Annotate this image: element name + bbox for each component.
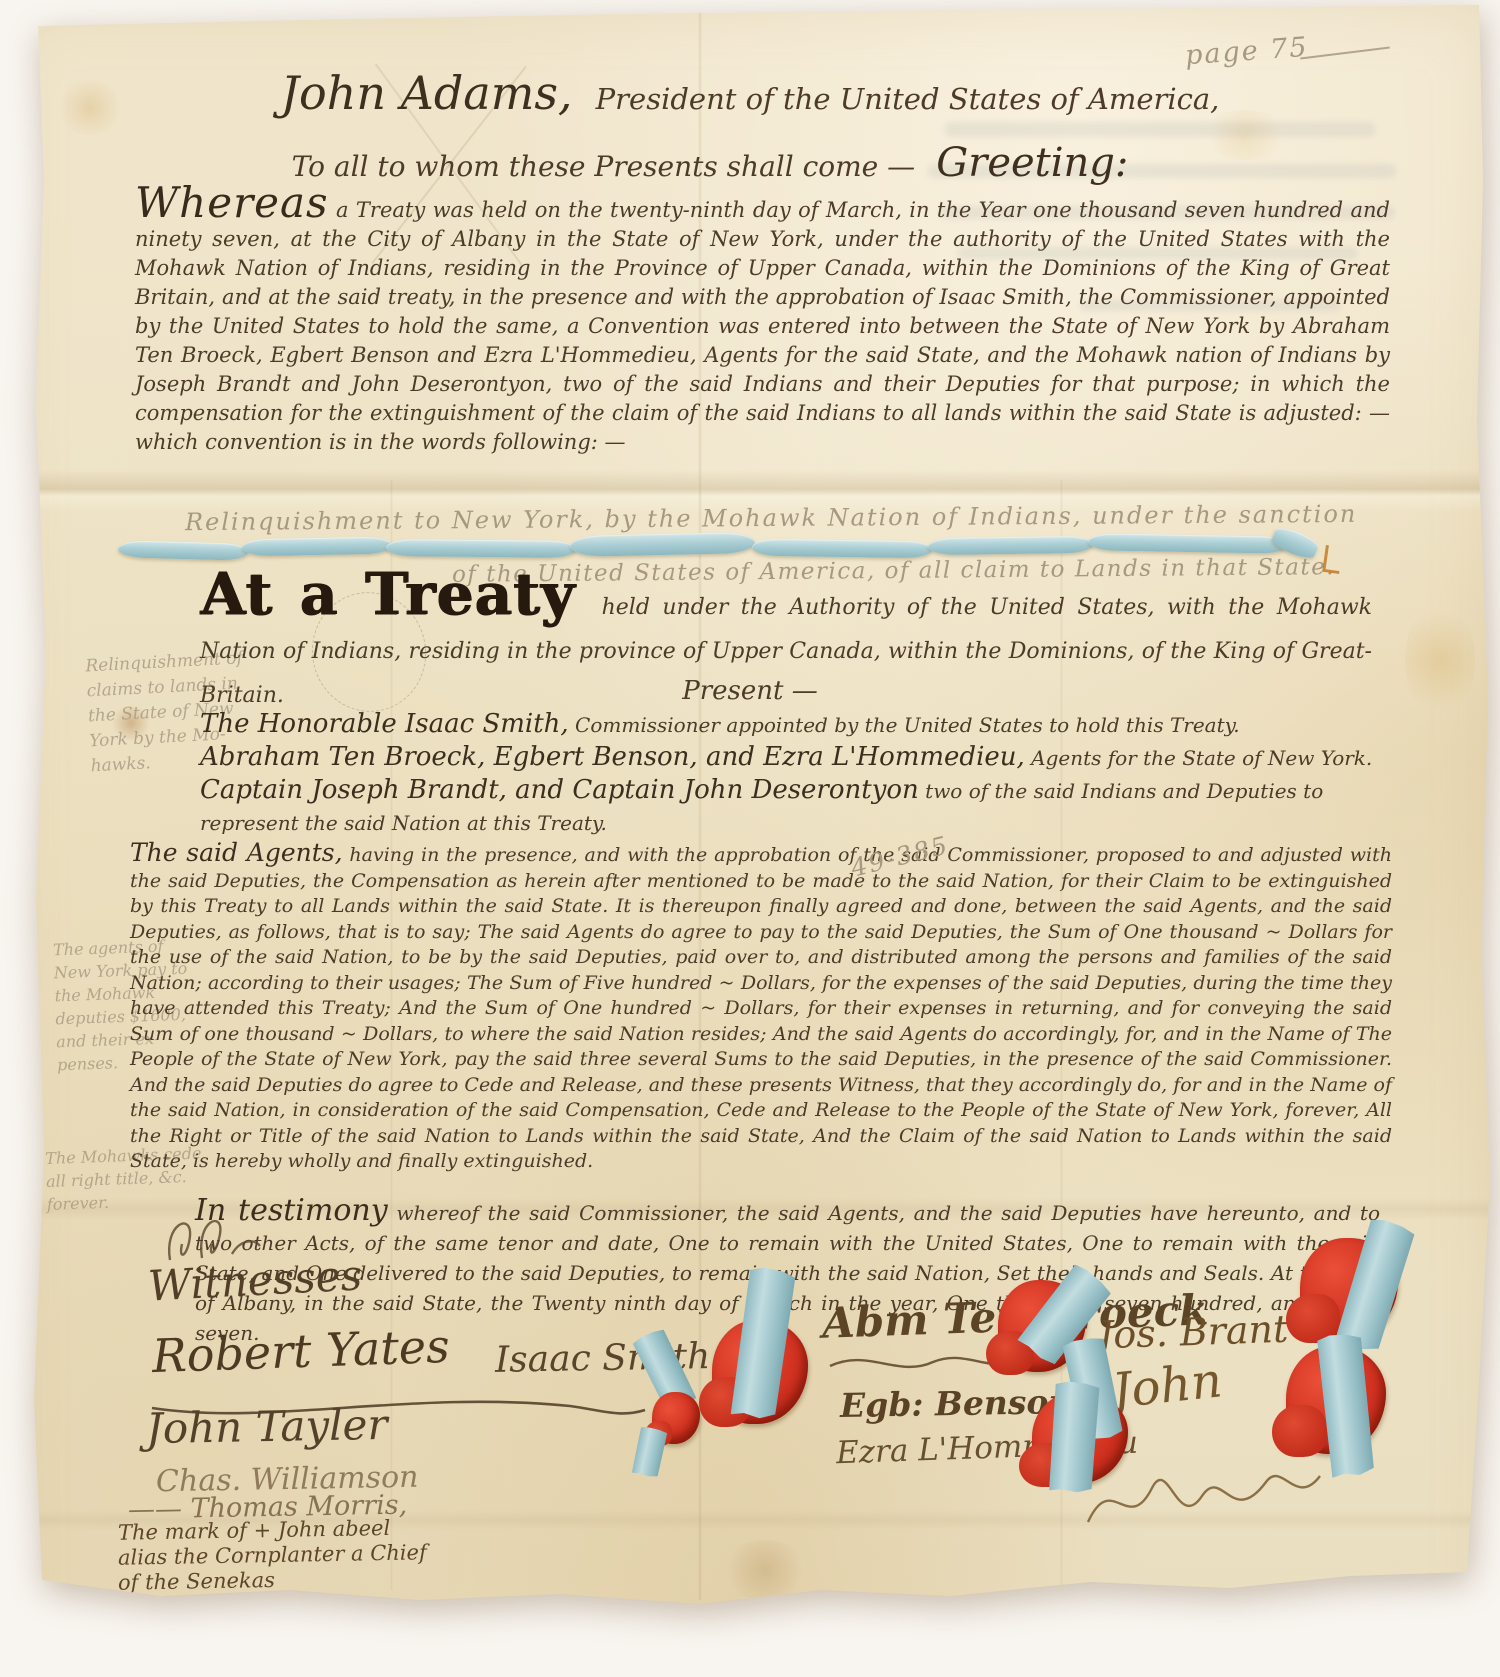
mark-note-line: of the Senekas: [118, 1565, 427, 1595]
address-text: To all to whom these Presents shall come…: [292, 150, 916, 183]
present-heading: Present —: [0, 676, 1500, 706]
present-lead: Abraham Ten Broeck, Egbert Benson, and E…: [200, 742, 1025, 772]
pencil-page-number-tail: [1300, 47, 1390, 60]
signature-john-deserontyon: John: [1109, 1352, 1224, 1419]
ribbon-segment: [570, 532, 755, 557]
present-line-commissioner: The Honorable Isaac Smith, Commissioner …: [200, 708, 1378, 741]
whereas-lead: Whereas: [135, 178, 329, 227]
deserontyon-mark: [1080, 1452, 1330, 1547]
document-heading-line1: John Adams, President of the United Stat…: [0, 66, 1500, 120]
ribbon-segment: [928, 536, 1093, 555]
treaty-title: At a Treaty: [200, 560, 589, 628]
treaty-body-paragraph: The said Agents, having in the presence,…: [130, 840, 1392, 1175]
ribbon-segment: [118, 540, 248, 560]
president-name: John Adams,: [281, 66, 573, 120]
bleedthrough-line: [945, 122, 1375, 137]
present-line-deputies: Captain Joseph Brandt, and Captain John …: [200, 774, 1378, 839]
pencil-docket-line1: Relinquishment to New York, by the Mohaw…: [185, 500, 1357, 536]
ribbon-segment: [752, 539, 932, 559]
present-rest: Agents for the State of New York.: [1025, 746, 1373, 770]
present-list: The Honorable Isaac Smith, Commissioner …: [200, 708, 1378, 839]
photo-backdrop: page 75 John Adams, President of the Uni…: [0, 0, 1500, 1677]
benson-seal-ribbon: [1048, 1381, 1100, 1494]
ribbon-segment: [1088, 533, 1288, 553]
present-line-agents: Abraham Ten Broeck, Egbert Benson, and E…: [200, 741, 1378, 774]
present-lead: The Honorable Isaac Smith,: [200, 709, 569, 739]
president-title: President of the United States of Americ…: [596, 82, 1220, 116]
present-lead: Captain Joseph Brandt, and Captain John …: [200, 775, 919, 805]
orange-crayon-mark: [1322, 545, 1343, 574]
signature-john-tayler: John Tayler: [146, 1400, 388, 1453]
greeting-word: Greeting:: [936, 140, 1128, 186]
ribbon-segment: [242, 537, 392, 557]
ribbon-segment: [386, 539, 576, 558]
present-rest: Commissioner appointed by the United Sta…: [569, 713, 1240, 737]
stain-bottom-center: [720, 1540, 810, 1600]
body-text: having in the presence, and with the app…: [130, 844, 1392, 1172]
whereas-paragraph: Whereas a Treaty was held on the twenty-…: [135, 188, 1390, 457]
body-lead: The said Agents,: [130, 838, 343, 867]
parchment-shadow-wrap: page 75 John Adams, President of the Uni…: [0, 0, 1500, 1677]
signature-robert-yates: Robert Yates: [151, 1319, 450, 1383]
whereas-text: a Treaty was held on the twenty-ninth da…: [135, 198, 1390, 454]
signature-jos-brant: Jos. Brant: [1097, 1307, 1289, 1358]
parchment: page 75 John Adams, President of the Uni…: [0, 0, 1500, 1677]
dangling-ribbon-tip: [631, 1426, 667, 1479]
cornplanter-mark-note: The mark of + John abeel alias the Cornp…: [118, 1518, 427, 1593]
